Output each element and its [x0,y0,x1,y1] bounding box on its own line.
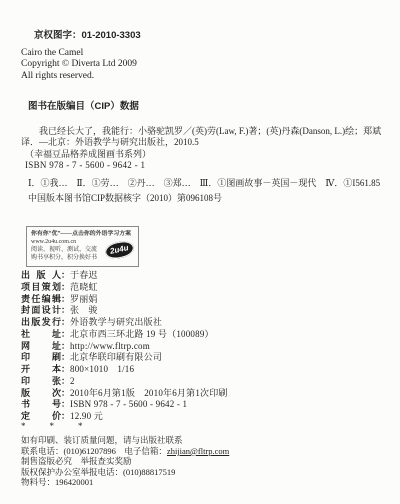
colophon-colon: ： [61,352,70,362]
cip-heading: 图书在版编目（CIP）数据 [28,101,383,113]
colophon-label: 印张 [21,376,61,388]
footer-section: * * * 如有印刷、装订质量问题，请与出版社联系 联系电话：(010)6120… [21,421,229,487]
colophon-label: 出版人 [21,270,61,282]
contact-prefix: 联系电话：(010)61207896 电子信箱： [21,446,167,456]
colophon-row: 责任编辑：罗丽娟 [21,294,228,306]
colophon-value: 北京市西三环北路 19 号（100089） [70,329,214,339]
colophon-value: ISBN 978 - 7 - 5600 - 9642 - 1 [70,399,187,409]
promo-features: 阅读、视听、测试、交流 [31,246,105,254]
contact-email: zhijian@fltrp.com [167,446,229,456]
colophon-value: 2 [70,376,75,386]
copyright-page: 京权图字：01-2010-3303 Cairo the Camel Copyri… [0,0,400,504]
colophon-label: 封面设计 [21,305,61,317]
colophon-value: 于春迟 [70,270,98,280]
colophon-value: 外语教学与研究出版社 [70,317,162,327]
colophon-row: 开本：800×1010 1/16 [21,364,228,376]
colophon-value: 800×1010 1/16 [70,364,134,374]
cip-index-line: Ⅰ．①我… Ⅱ．①劳… ②丹… ③郑… Ⅲ．①图画故事－英国－现代 Ⅳ．①I56… [28,178,383,190]
rights-line: All rights reserved. [21,71,141,83]
colophon-colon: ： [61,294,70,304]
original-title: Cairo the Camel [21,48,141,60]
colophon-value: http://www.fltrp.com [70,341,150,351]
colophon-row: 封面设计：张 骏 [21,305,228,317]
anti-piracy-line: 制售盗版必究 举报查实奖励 [21,456,229,466]
colophon-value: 范晓虹 [70,282,98,292]
contact-line: 联系电话：(010)61207896 电子信箱：zhijian@fltrp.co… [21,446,229,456]
colophon-label: 印刷 [21,352,61,364]
masthead: 京权图字：01-2010-3303 Cairo the Camel Copyri… [21,30,141,82]
quality-note: 如有印刷、装订质量问题，请与出版社联系 [21,435,229,445]
material-number: 物料号：196420001 [21,477,229,487]
colophon-colon: ： [61,270,70,280]
promo-url: www.2u4u.com.cn [31,238,105,246]
colophon-colon: ： [61,282,70,292]
colophon-row: 出版人：于春迟 [21,270,228,282]
colophon-section: 出版人：于春迟 项目策划：范晓虹 责任编辑：罗丽娟 封面设计：张 骏 出版发行：… [21,270,228,423]
promo-logo-badge: 2u4u [104,239,135,261]
colophon-value: 张 骏 [70,305,98,315]
colophon-row: 网址：http://www.fltrp.com [21,341,228,353]
colophon-label: 出版发行 [21,317,61,329]
colophon-label: 社址 [21,329,61,341]
colophon-colon: ： [61,341,70,351]
promo-columns: www.2u4u.com.cn 阅读、视听、测试、交流 购书享积分，积分换好书 … [31,238,134,262]
promo-slogan: 你有你“优”——点击你的外语学习方案 [31,230,132,238]
license-number: 京权图字：01-2010-3303 [34,30,141,42]
cip-record-line: 中国版本图书馆CIP数据核字（2010）第096108号 [28,193,383,205]
colophon-value: 北京华联印刷有限公司 [70,352,162,362]
colophon-colon: ： [61,317,70,327]
colophon-label: 项目策划 [21,282,61,294]
cip-isbn: ISBN 978 - 7 - 5600 - 9642 - 1 [25,160,383,172]
colophon-label: 开本 [21,364,61,376]
promo-box: 你有你“优”——点击你的外语学习方案 www.2u4u.com.cn 阅读、视听… [26,226,139,267]
colophon-row: 印刷：北京华联印刷有限公司 [21,352,228,364]
piracy-report-line: 版权保护办公室举报电话：(010)88817519 [21,467,229,477]
colophon-colon: ： [61,399,70,409]
colophon-row: 版次：2010年6月第1版 2010年6月第1次印刷 [21,388,228,400]
colophon-label: 书号 [21,399,61,411]
promo-text-column: www.2u4u.com.cn 阅读、视听、测试、交流 购书享积分，积分换好书 [31,238,105,262]
colophon-colon: ： [61,364,70,374]
footer-separator: * * * [21,421,229,431]
colophon-label: 网址 [21,341,61,353]
copyright-line: Copyright © Diverta Ltd 2009 [21,59,141,71]
colophon-value: 罗丽娟 [70,294,98,304]
colophon-value: 2010年6月第1版 2010年6月第1次印刷 [70,388,228,398]
colophon-label: 责任编辑 [21,294,61,306]
colophon-value: 12.90 元 [70,411,103,421]
colophon-colon: ： [61,388,70,398]
colophon-row: 社址：北京市西三环北路 19 号（100089） [21,329,228,341]
colophon-colon: ： [61,411,70,421]
colophon-row: 印张：2 [21,376,228,388]
colophon-row: 项目策划：范晓虹 [21,282,228,294]
colophon-colon: ： [61,305,70,315]
colophon-colon: ： [61,376,70,386]
cip-series-note: （幸福豆品格养成图画书系列） [25,149,383,161]
colophon-row: 书号：ISBN 978 - 7 - 5600 - 9642 - 1 [21,399,228,411]
cip-description: 我已经长大了，我能行：小骆驼凯罗／(英)劳(Law, F.)著；(英)丹森(Da… [21,126,383,149]
promo-points: 购书享积分，积分换好书 [31,254,105,262]
colophon-label: 版次 [21,388,61,400]
cip-section: 图书在版编目（CIP）数据 我已经长大了，我能行：小骆驼凯罗／(英)劳(Law,… [21,101,383,205]
colophon-row: 出版发行：外语教学与研究出版社 [21,317,228,329]
colophon-colon: ： [61,329,70,339]
